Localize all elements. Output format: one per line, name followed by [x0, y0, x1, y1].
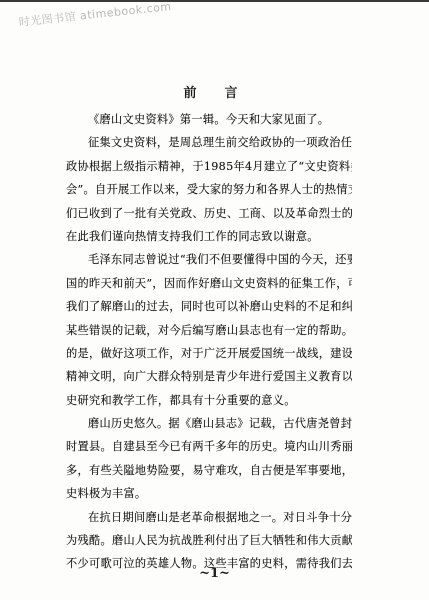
text-line: 《磨山文史资料》第一辑。今天和大家见面了。	[66, 108, 352, 131]
text-line: 史料极为丰富。	[66, 482, 352, 505]
text-line: 的是，做好这项工作，对于广泛开展爱国统一战线，建设社会主义	[66, 342, 352, 365]
text-line: 某些错误的记载，对今后编写磨山县志也有一定的帮助。尤其重要	[66, 319, 352, 342]
text-line: 国的昨天和前天”，因而作好磨山文史资料的征集工作，可以帮助	[66, 272, 352, 295]
text-line: 在此我们谨向热情支持我们工作的同志致以谢意。	[66, 225, 352, 248]
page-top-border	[0, 0, 429, 2]
text-line: 在抗日期间磨山是老革命根据地之一。对日斗争十分激烈也极	[66, 506, 352, 529]
text-line: 多，有些关隘地势险要，易守难攻，自古便是军事要地，传说和	[66, 459, 352, 482]
text-line: 时置县。自建县至今已有两千多年的历史。境内山川秀丽，古迹甚	[66, 435, 352, 458]
page-title: 前言	[0, 82, 429, 101]
text-line: 们已收到了一批有关党政、历史、工商、以及革命烈士的珍贵资料。	[66, 202, 352, 225]
text-line: 精神文明，向广大群众特别是青少年进行爱国主义教育以及对于历	[66, 365, 352, 388]
text-line: 政协根据上级指示精神，于1985年4月建立了“文史资料委员	[66, 155, 352, 178]
paragraph: 《磨山文史资料》第一辑。今天和大家见面了。	[66, 108, 352, 131]
text-line: 为残酷。磨山人民为抗战胜利付出了巨大牺牲和伟大贡献，涌现出	[66, 529, 352, 552]
page-number: ~1~	[0, 566, 429, 581]
text-line: 我们了解磨山的过去，同时也可以补磨山史料的不足和纠正过去	[66, 295, 352, 318]
paragraph: 毛泽东同志曾说过“我们不但要懂得中国的今天，还要懂得中国的昨天和前天”，因而作好…	[66, 248, 352, 412]
paragraph: 征集文史资料，是周总理生前交给政协的一项政治任务。我县政协根据上级指示精神，于1…	[66, 131, 352, 248]
text-line: 征集文史资料，是周总理生前交给政协的一项政治任务。我县	[66, 131, 352, 154]
text-line: 毛泽东同志曾说过“我们不但要懂得中国的今天，还要懂得中	[66, 248, 352, 271]
watermark: 时光图书馆 atimebook.com	[18, 0, 172, 30]
document-body: 《磨山文史资料》第一辑。今天和大家见面了。征集文史资料，是周总理生前交给政协的一…	[66, 108, 352, 576]
text-line: 磨山历史悠久。据《磨山县志》记载，古代唐尧曾封于此。汉	[66, 412, 352, 435]
text-line: 史研究和教学工作，都具有十分重要的意义。	[66, 389, 352, 412]
paragraph: 磨山历史悠久。据《磨山县志》记载，古代唐尧曾封于此。汉时置县。自建县至今已有两千…	[66, 412, 352, 506]
text-line: 会”。自开展工作以来，受大家的努力和各界人士的热情支持，我	[66, 178, 352, 201]
